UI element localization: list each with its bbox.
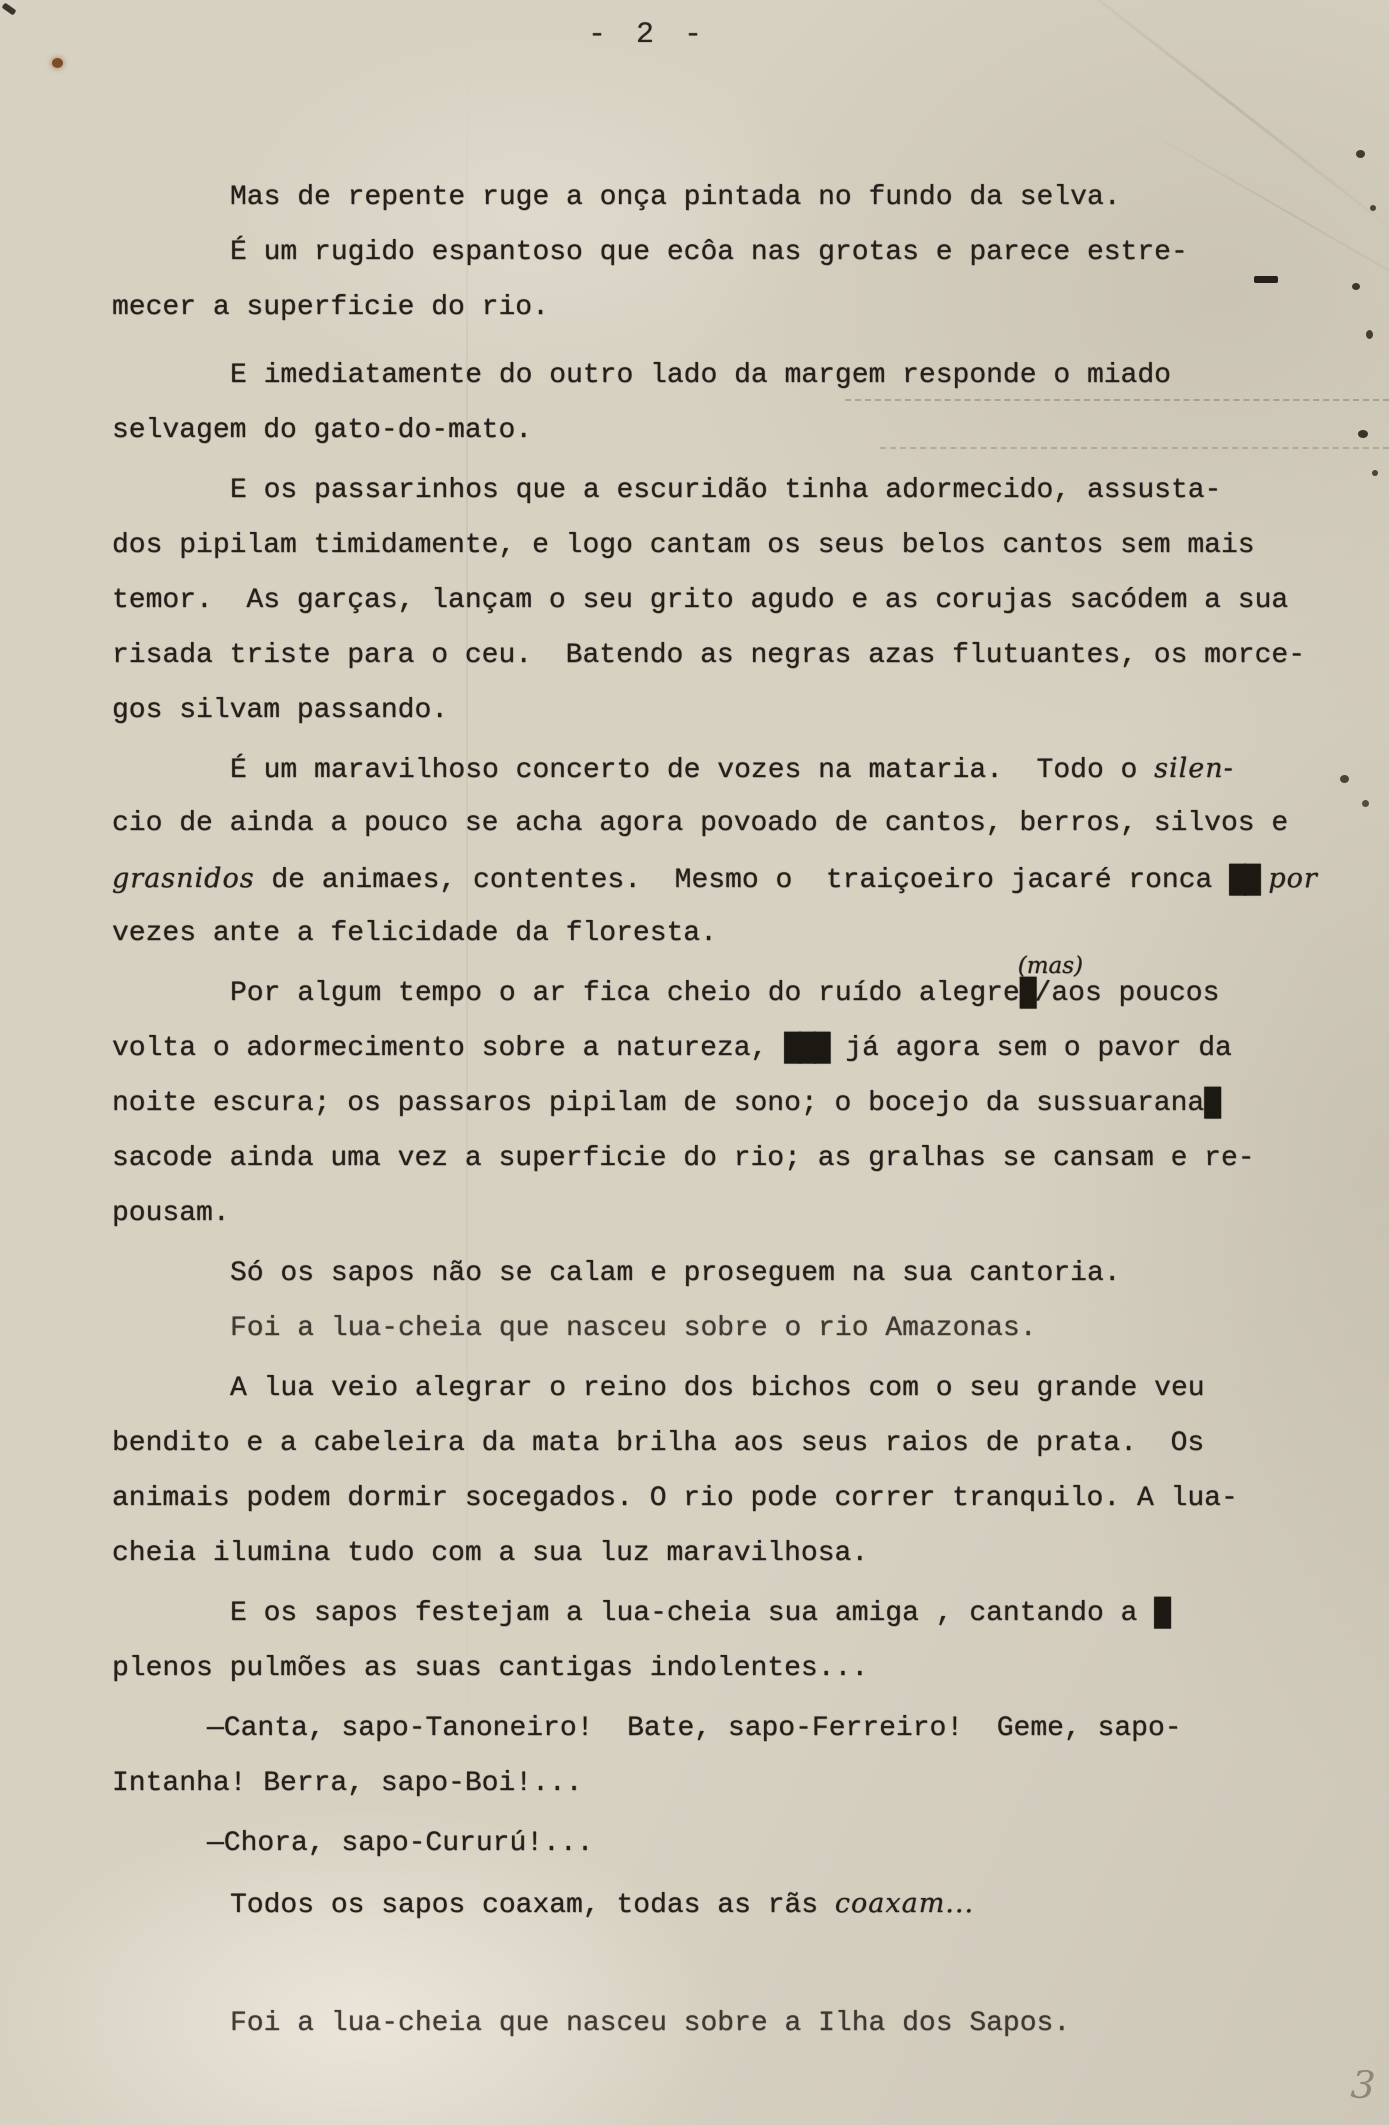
- text-line: volta o adormecimento sobre a natureza, …: [112, 1021, 1332, 1076]
- ink-speck: [2, 3, 17, 16]
- page-corner-number: 3: [1349, 2062, 1376, 2108]
- text-line: risada triste para o ceu. Batendo as neg…: [112, 628, 1332, 683]
- ink-speck: [1362, 800, 1369, 807]
- text-line: selvagem do gato-do-mato.: [112, 403, 1332, 458]
- rust-spot: [52, 58, 63, 68]
- ink-speck: [1352, 283, 1360, 290]
- text-line: A lua veio alegrar o reino dos bichos co…: [112, 1361, 1332, 1416]
- ink-blot: ███: [784, 1033, 828, 1064]
- ink-speck: [1366, 330, 1373, 339]
- ink-blot: █: [1020, 978, 1035, 1009]
- text-line: —Canta, sapo-Tanoneiro! Bate, sapo-Ferre…: [112, 1701, 1332, 1756]
- text-line: pousam.: [112, 1186, 1332, 1241]
- text-line: noite escura; os passaros pipilam de son…: [112, 1076, 1332, 1131]
- handwritten-word: silen-: [1154, 753, 1234, 784]
- ink-speck: [1358, 430, 1368, 438]
- text-line: E os passarinhos que a escuridão tinha a…: [112, 463, 1332, 518]
- text-line: E imediatamente do outro lado da margem …: [112, 348, 1332, 403]
- ink-blot: █: [1204, 1088, 1219, 1119]
- text-line: animais podem dormir socegados. O rio po…: [112, 1471, 1332, 1526]
- text-line: —Chora, sapo-Cururú!...: [112, 1816, 1332, 1871]
- text-line: dos pipilam timidamente, e logo cantam o…: [112, 518, 1332, 573]
- text-line: Mas de repente ruge a onça pintada no fu…: [112, 170, 1332, 225]
- text-line: bendito e a cabeleira da mata brilha aos…: [112, 1416, 1332, 1471]
- text-line: Por algum tempo o ar fica cheio do ruído…: [112, 966, 1332, 1021]
- text-line: cio de ainda a pouco se acha agora povoa…: [112, 796, 1332, 851]
- text-line: temor. As garças, lançam o seu grito agu…: [112, 573, 1332, 628]
- ink-speck: [1356, 150, 1365, 158]
- ink-speck: [1370, 205, 1376, 211]
- text-line: Intanha! Berra, sapo-Boi!...: [112, 1756, 1332, 1811]
- text-line: Só os sapos não se calam e proseguem na …: [112, 1246, 1332, 1301]
- text-line: cheia ilumina tudo com a sua luz maravil…: [112, 1526, 1332, 1581]
- text-line: É um rugido espantoso que ecôa nas grota…: [112, 225, 1332, 280]
- text-line: sacode ainda uma vez a superficie do rio…: [112, 1131, 1332, 1186]
- text-line: vezes ante a felicidade da floresta.: [112, 906, 1332, 961]
- handwritten-word: por: [1259, 863, 1318, 894]
- ink-speck: [1340, 775, 1349, 783]
- page-number-header: - 2 -: [588, 18, 708, 52]
- ink-speck: [1372, 470, 1378, 476]
- text-line: mecer a superficie do rio.: [112, 280, 1332, 335]
- typewritten-text-block: Mas de repente ruge a onça pintada no fu…: [112, 170, 1332, 2051]
- text-line: grasnidos de animaes, contentes. Mesmo o…: [112, 851, 1332, 906]
- ink-blot: █: [1154, 1598, 1169, 1629]
- ink-blot: ██: [1229, 865, 1259, 896]
- text-line: Foi a lua-cheia que nasceu sobre o rio A…: [112, 1301, 1332, 1356]
- handwritten-word: coaxam...: [835, 1888, 974, 1919]
- text-line: E os sapos festejam a lua-cheia sua amig…: [112, 1586, 1332, 1641]
- handwritten-word: grasnidos: [112, 863, 255, 894]
- scanned-typewritten-page: - 2 - Mas de repente ruge a onça pintada…: [0, 0, 1389, 2125]
- text-line: plenos pulmões as suas cantigas indolent…: [112, 1641, 1332, 1696]
- text-line: Foi a lua-cheia que nasceu sobre a Ilha …: [112, 1996, 1332, 2051]
- text-line: É um maravilhoso concerto de vozes na ma…: [112, 741, 1332, 796]
- text-line: Todos os sapos coaxam, todas as rãs coax…: [112, 1876, 1332, 1931]
- text-line: gos silvam passando.: [112, 683, 1332, 738]
